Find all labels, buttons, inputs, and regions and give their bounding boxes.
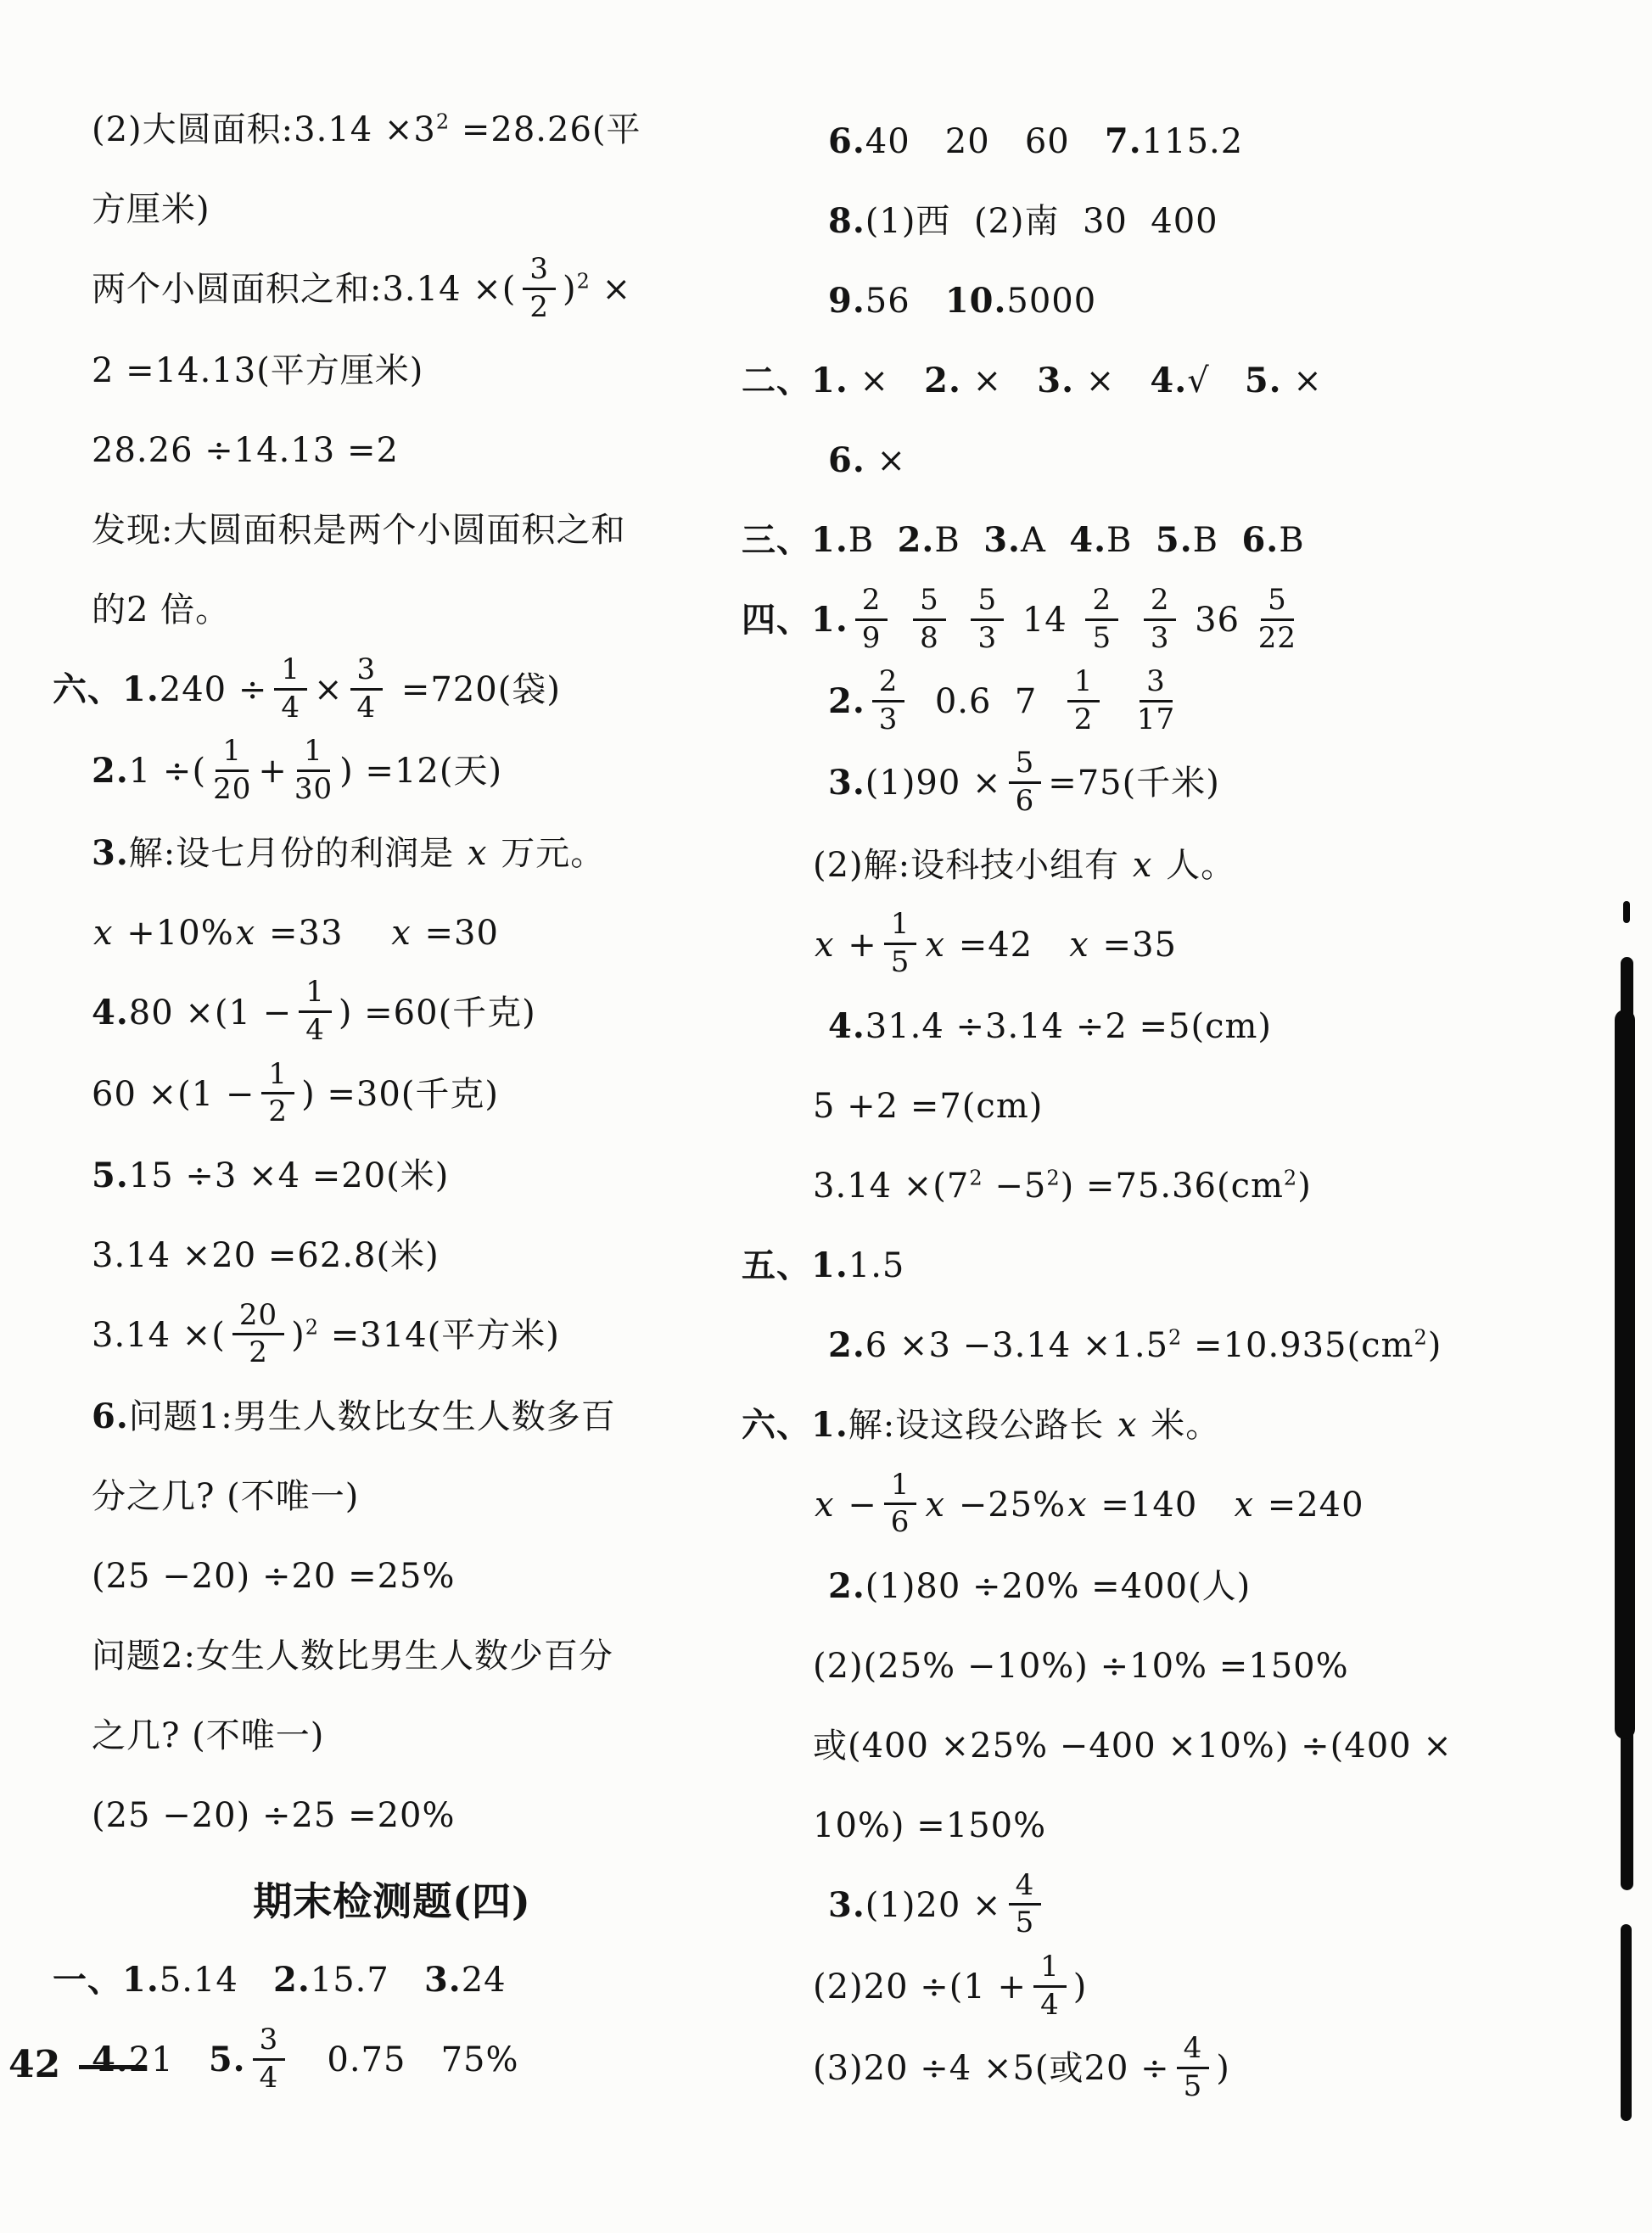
fraction: 14 bbox=[1033, 1952, 1067, 2020]
math-line: 2.23 0.6 7 12 317 bbox=[736, 667, 1593, 738]
math-line: 28.26 ÷14.13 =2 bbox=[53, 416, 731, 485]
fraction: 34 bbox=[253, 2025, 286, 2093]
page-number: 42 bbox=[8, 2043, 60, 2086]
fraction: 56 bbox=[1009, 748, 1042, 816]
section-heading: 期末检测题(四) bbox=[53, 1861, 731, 1942]
math-line: 六、1.解:设这段公路长 x 米。 bbox=[736, 1391, 1593, 1460]
math-line: 2.1 ÷(120+130) =12(天) bbox=[53, 736, 731, 808]
math-line: 分之几? (不唯一) bbox=[53, 1462, 731, 1531]
math-line: (2)解:设科技小组有 x 人。 bbox=[736, 831, 1593, 900]
scan-artifact-bar-lower bbox=[1621, 1924, 1632, 2121]
math-line: 四、1.29 58 53 14 25 23 36 522 bbox=[736, 585, 1593, 657]
math-line: 五、1.1.5 bbox=[736, 1231, 1593, 1301]
math-line: 2.6 ×3 −3.14 ×1.52 =10.935(cm2) bbox=[736, 1311, 1593, 1380]
math-line: (2)(25% −10%) ÷10% =150% bbox=[736, 1631, 1593, 1701]
fraction: 15 bbox=[884, 909, 917, 977]
math-line: 3.(1)20 ×45 bbox=[736, 1871, 1593, 1942]
fraction: 522 bbox=[1258, 585, 1296, 653]
fraction: 12 bbox=[261, 1060, 294, 1128]
math-line: x +10%x =33 x =30 bbox=[53, 898, 731, 968]
left-answer-column: (2)大圆面积:3.14 ×32 =28.26(平方厘米)两个小圆面积之和:3.… bbox=[53, 95, 731, 2107]
math-line: (3)20 ÷4 ×5(或20 ÷45) bbox=[736, 2034, 1593, 2105]
math-line: (2)大圆面积:3.14 ×32 =28.26(平 bbox=[53, 95, 731, 165]
fraction: 130 bbox=[294, 736, 333, 804]
right-answer-column: 6.40 20 60 7.115.28.(1)西 (2)南 30 4009.56… bbox=[736, 107, 1593, 2116]
math-line: 一、1.5.14 2.15.7 3.24 bbox=[53, 1945, 731, 2015]
fraction: 202 bbox=[232, 1301, 284, 1368]
fraction: 45 bbox=[1009, 1871, 1042, 1939]
math-line: 10%) =150% bbox=[736, 1791, 1593, 1861]
footer-rule bbox=[79, 2065, 145, 2069]
math-line: 60 ×(1 −12) =30(千克) bbox=[53, 1060, 731, 1131]
fraction: 23 bbox=[872, 667, 905, 735]
math-line: 的2 倍。 bbox=[53, 575, 731, 645]
math-line: 六、1.240 ÷14×34 =720(袋) bbox=[53, 655, 731, 726]
math-line: 2.(1)80 ÷20% =400(人) bbox=[736, 1552, 1593, 1621]
math-line: 问题2:女生人数比男生人数少百分 bbox=[53, 1621, 731, 1691]
math-line: 6.40 20 60 7.115.2 bbox=[736, 107, 1593, 176]
fraction: 317 bbox=[1137, 667, 1175, 735]
math-line: 三、1.B 2.B 3.A 4.B 5.B 6.B bbox=[736, 506, 1593, 575]
math-line: (25 −20) ÷20 =25% bbox=[53, 1542, 731, 1611]
scan-artifact-bar-bulge bbox=[1615, 1010, 1635, 1739]
fraction: 14 bbox=[274, 655, 307, 723]
math-line: 之几? (不唯一) bbox=[53, 1701, 731, 1771]
document-page: { "page": { "number": "42", "heading": "… bbox=[0, 0, 1652, 2233]
math-line: 6. × bbox=[736, 426, 1593, 495]
fraction: 32 bbox=[523, 255, 556, 322]
math-line: 8.(1)西 (2)南 30 400 bbox=[736, 187, 1593, 256]
page-number-footer: 42 bbox=[8, 2043, 145, 2086]
math-line: 5.15 ÷3 ×4 =20(米) bbox=[53, 1141, 731, 1211]
fraction: 16 bbox=[884, 1470, 917, 1538]
fraction: 29 bbox=[855, 585, 888, 653]
math-line: 3.解:设七月份的利润是 x 万元。 bbox=[53, 819, 731, 888]
math-line: 3.14 ×(72 −52) =75.36(cm2) bbox=[736, 1151, 1593, 1221]
fraction: 23 bbox=[1144, 585, 1177, 653]
fraction: 25 bbox=[1085, 585, 1118, 653]
math-line: 发现:大圆面积是两个小圆面积之和 bbox=[53, 495, 731, 565]
fraction: 34 bbox=[350, 655, 384, 723]
math-line: x −16x −25%x =140 x =240 bbox=[736, 1470, 1593, 1542]
math-line: 4.80 ×(1 −14) =60(千克) bbox=[53, 978, 731, 1049]
fraction: 14 bbox=[299, 977, 332, 1045]
math-line: 二、1. × 2. × 3. × 4.√ 5. × bbox=[736, 346, 1593, 416]
math-line: 3.14 ×(202)2 =314(平方米) bbox=[53, 1301, 731, 1372]
math-line: 方厘米) bbox=[53, 175, 731, 244]
math-line: 6.问题1:男生人数比女生人数多百 bbox=[53, 1382, 731, 1452]
fraction: 12 bbox=[1067, 667, 1100, 735]
fraction: 53 bbox=[971, 585, 1004, 653]
math-line: (2)20 ÷(1 +14) bbox=[736, 1952, 1593, 2023]
math-line: 两个小圆面积之和:3.14 ×(32)2 × bbox=[53, 255, 731, 326]
math-line: 3.(1)90 ×56=75(千米) bbox=[736, 748, 1593, 820]
fraction: 45 bbox=[1177, 2034, 1210, 2101]
math-line: 2 =14.13(平方厘米) bbox=[53, 336, 731, 406]
math-line: 9.56 10.5000 bbox=[736, 266, 1593, 336]
fraction: 120 bbox=[213, 736, 251, 804]
math-line: (25 −20) ÷25 =20% bbox=[53, 1781, 731, 1850]
math-line: 5 +2 =7(cm) bbox=[736, 1072, 1593, 1141]
math-line: x +15x =42 x =35 bbox=[736, 910, 1593, 982]
math-line: 4.31.4 ÷3.14 ÷2 =5(cm) bbox=[736, 992, 1593, 1061]
fraction: 58 bbox=[913, 585, 946, 653]
math-line: 3.14 ×20 =62.8(米) bbox=[53, 1221, 731, 1290]
math-line: 或(400 ×25% −400 ×10%) ÷(400 × bbox=[736, 1711, 1593, 1781]
scan-artifact-dot bbox=[1623, 901, 1630, 923]
math-line: 4.21 5.34 0.75 75% bbox=[53, 2025, 731, 2096]
